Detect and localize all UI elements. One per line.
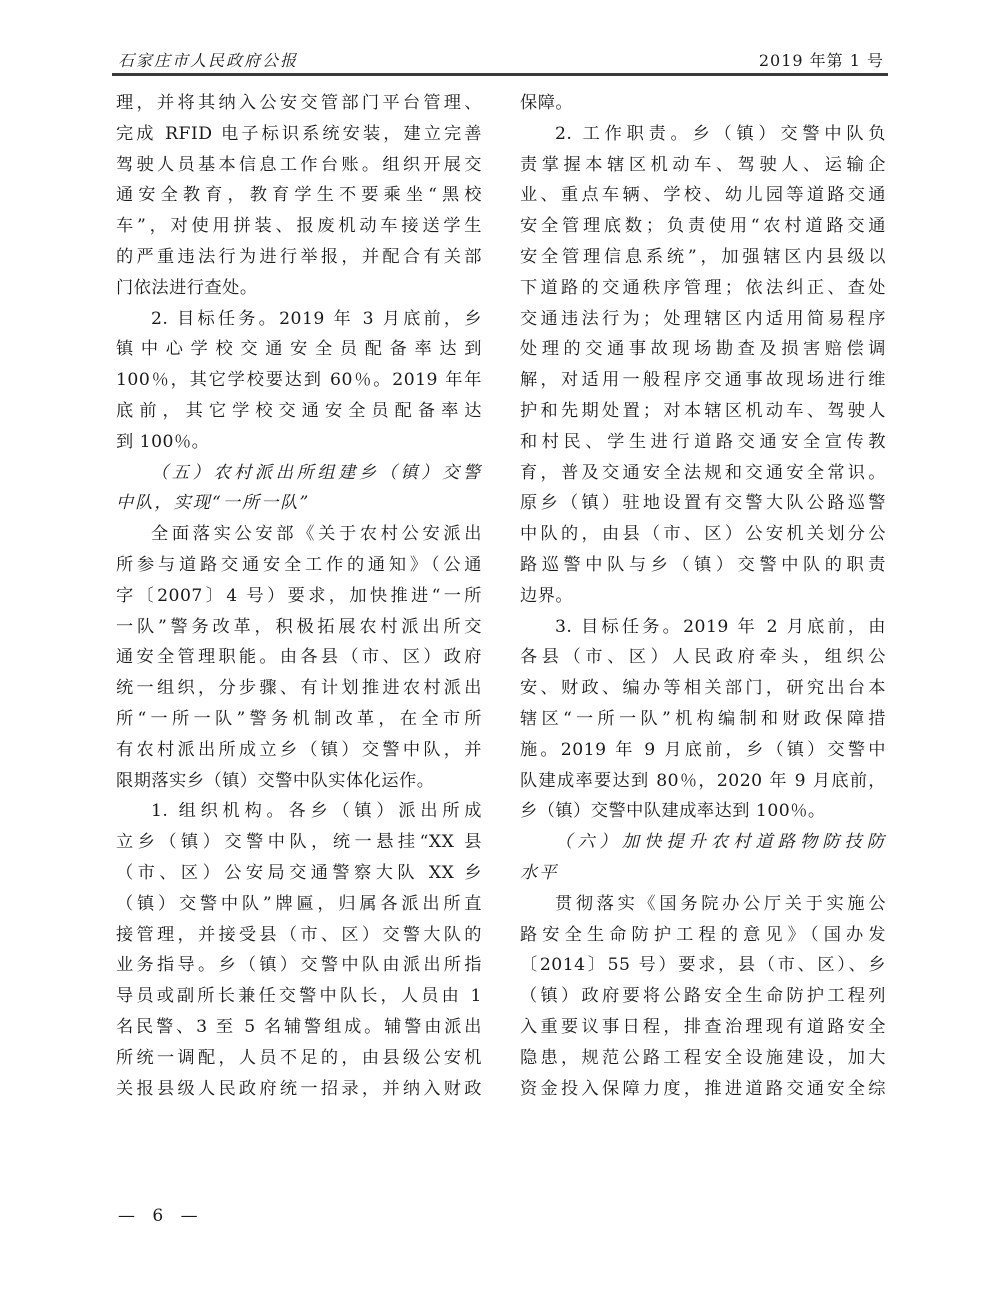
text-line: 统一组织，分步骤、有计划推进农村派出 (116, 673, 482, 704)
text-line: 车”，对使用拼装、报废机动车接送学生 (116, 211, 482, 242)
text-line: 的严重违法行为进行举报，并配合有关部 (116, 242, 482, 273)
text-line: 边界。 (520, 581, 886, 612)
text-line: 和村民、学生进行道路交通安全宣传教 (520, 427, 886, 458)
text-line: 保障。 (520, 88, 886, 119)
text-line: 名民警、3 至 5 名辅警组成。辅警由派出 (116, 1012, 482, 1043)
text-line: 施。2019 年 9 月底前，乡（镇）交警中 (520, 735, 886, 766)
text-line: 原乡（镇）驻地设置有交警大队公路巡警 (520, 488, 886, 519)
header-divider (112, 73, 888, 76)
right-column: 保障。2. 工作职责。乡（镇）交警中队负责掌握本辖区机动车、驾驶人、运输企业、重… (520, 88, 886, 1104)
section-heading-line: 水平 (520, 858, 886, 889)
text-line: 限期落实乡（镇）交警中队实体化运作。 (116, 766, 482, 797)
text-line: 导员或副所长兼任交警中队长，人员由 1 (116, 981, 482, 1012)
page-number: — 6 — (118, 1206, 204, 1226)
page-header: 石家庄市人民政府公报 2019 年第 1 号 (112, 46, 888, 72)
text-line: 通安全教育，教育学生不要乘坐“黑校 (116, 180, 482, 211)
text-line: 队建成率要达到 80％，2020 年 9 月底前， (520, 766, 886, 797)
text-line: （镇）政府要将公路安全生命防护工程列 (520, 981, 886, 1012)
text-line: 隐患，规范公路工程安全设施建设，加大 (520, 1043, 886, 1074)
text-line: 2. 工作职责。乡（镇）交警中队负 (520, 119, 886, 150)
text-line: 全面落实公安部《关于农村公安派出 (116, 519, 482, 550)
section-heading-line: 中队，实现“一所一队” (116, 488, 482, 519)
left-column: 理，并将其纳入公安交管部门平台管理、完成 RFID 电子标识系统安装，建立完善驾… (116, 88, 482, 1104)
section-heading-line: （六）加快提升农村道路物防技防 (520, 827, 886, 858)
text-line: 交通违法行为；处理辖区内适用简易程序 (520, 304, 886, 335)
text-line: 安全管理底数；负责使用“农村道路交通 (520, 211, 886, 242)
text-line: 业、重点车辆、学校、幼儿园等道路交通 (520, 180, 886, 211)
text-line: 贯彻落实《国务院办公厅关于实施公 (520, 889, 886, 920)
text-line: 〔2014〕55 号）要求，县（市、区）、乡 (520, 950, 886, 981)
text-line: 责掌握本辖区机动车、驾驶人、运输企 (520, 150, 886, 181)
text-line: 3. 目标任务。2019 年 2 月底前，由 (520, 612, 886, 643)
text-line: 到 100％。 (116, 427, 482, 458)
text-line: 完成 RFID 电子标识系统安装，建立完善 (116, 119, 482, 150)
text-line: 所参与道路交通安全工作的通知》（公通 (116, 550, 482, 581)
text-line: 所统一调配，人员不足的，由县级公安机 (116, 1043, 482, 1074)
text-line: 路安全生命防护工程的意见》（国办发 (520, 920, 886, 951)
text-line: 中队的，由县（市、区）公安机关划分公 (520, 519, 886, 550)
text-line: 护和先期处置；对本辖区机动车、驾驶人 (520, 396, 886, 427)
section-heading-line: （五）农村派出所组建乡（镇）交警 (116, 458, 482, 489)
text-line: 业务指导。乡（镇）交警中队由派出所指 (116, 950, 482, 981)
text-line: 理，并将其纳入公安交管部门平台管理、 (116, 88, 482, 119)
text-line: 立乡（镇）交警中队，统一悬挂“XX 县 (116, 827, 482, 858)
text-line: 镇中心学校交通安全员配备率达到 (116, 334, 482, 365)
text-line: （市、区）公安局交通警察大队 XX 乡 (116, 858, 482, 889)
publication-title: 石家庄市人民政府公报 (118, 48, 298, 71)
text-line: 底前，其它学校交通安全员配备率达 (116, 396, 482, 427)
text-line: 安全管理信息系统”，加强辖区内县级以 (520, 242, 886, 273)
text-line: 驾驶人员基本信息工作台账。组织开展交 (116, 150, 482, 181)
text-line: 所“一所一队”警务机制改革，在全市所 (116, 704, 482, 735)
text-line: 处理的交通事故现场勘查及损害赔偿调 (520, 334, 886, 365)
text-line: 字〔2007〕4 号）要求，加快推进“一所 (116, 581, 482, 612)
text-line: 育，普及交通安全法规和交通安全常识。 (520, 458, 886, 489)
text-line: （镇）交警中队”牌匾，归属各派出所直 (116, 889, 482, 920)
text-line: 各县（市、区）人民政府牵头，组织公 (520, 642, 886, 673)
text-line: 资金投入保障力度，推进道路交通安全综 (520, 1074, 886, 1105)
text-line: 100％，其它学校要达到 60％。2019 年年 (116, 365, 482, 396)
issue-number: 2019 年第 1 号 (759, 48, 884, 71)
text-line: 一队”警务改革，积极拓展农村派出所交 (116, 612, 482, 643)
text-line: 乡（镇）交警中队建成率达到 100％。 (520, 796, 886, 827)
text-line: 解，对适用一般程序交通事故现场进行维 (520, 365, 886, 396)
text-line: 1. 组织机构。各乡（镇）派出所成 (116, 796, 482, 827)
text-line: 2. 目标任务。2019 年 3 月底前，乡 (116, 304, 482, 335)
text-line: 入重要议事日程，排查治理现有道路安全 (520, 1012, 886, 1043)
text-line: 辖区“一所一队”机构编制和财政保障措 (520, 704, 886, 735)
text-line: 接管理，并接受县（市、区）交警大队的 (116, 920, 482, 951)
text-line: 安、财政、编办等相关部门，研究出台本 (520, 673, 886, 704)
text-line: 门依法进行查处。 (116, 273, 482, 304)
text-line: 路巡警中队与乡（镇）交警中队的职责 (520, 550, 886, 581)
text-line: 下道路的交通秩序管理；依法纠正、查处 (520, 273, 886, 304)
text-line: 关报县级人民政府统一招录，并纳入财政 (116, 1074, 482, 1105)
text-line: 有农村派出所成立乡（镇）交警中队，并 (116, 735, 482, 766)
text-line: 通安全管理职能。由各县（市、区）政府 (116, 642, 482, 673)
